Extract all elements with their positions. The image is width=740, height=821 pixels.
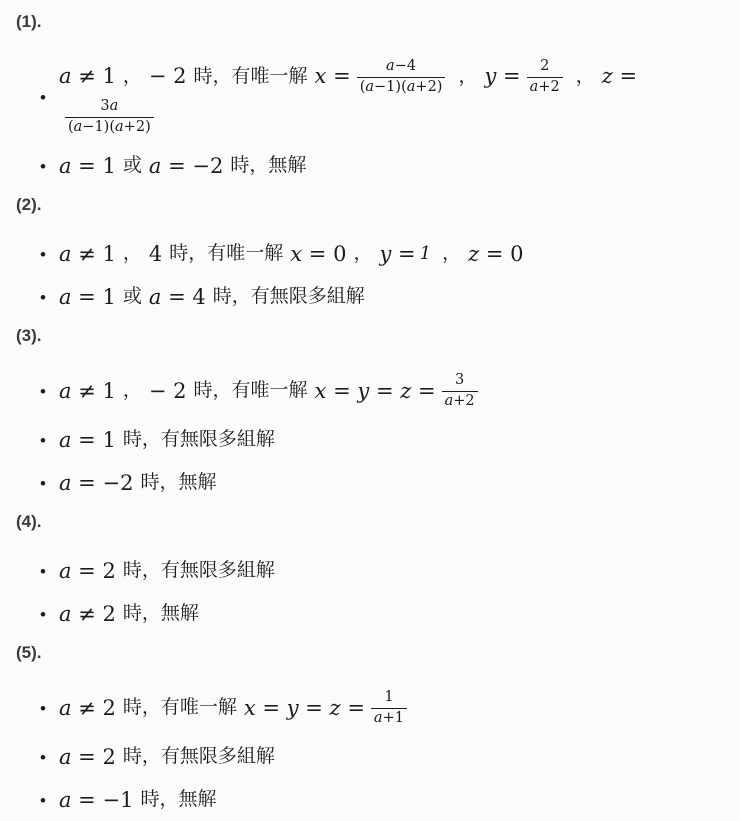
math-text: y = xyxy=(484,64,520,89)
bullet-icon: • xyxy=(40,432,46,449)
fraction-denominator: (a−1)(a+2) xyxy=(357,77,446,98)
math-text: a = −2 xyxy=(149,154,224,179)
fraction-denominator: a+2 xyxy=(527,77,563,98)
line-content: a = 1時，有無限多組解 xyxy=(59,428,282,453)
cjk-text: ， xyxy=(123,379,142,404)
fraction: 3a+2 xyxy=(442,371,478,411)
solution-line: •a = 1時，有無限多組解 xyxy=(40,426,732,454)
bullet-list: •a ≠ 1，− 2時，有唯一解x =a−4(a−1)(a+2)，y =2a+2… xyxy=(16,57,732,180)
math-text: a ≠ 1 xyxy=(59,379,116,404)
bullet-icon: • xyxy=(40,563,46,580)
solution-line: •a = −2時，無解 xyxy=(40,469,732,497)
solution-line: •a ≠ 1，4時，有唯一解x = 0，y =1，z = 0 xyxy=(40,240,732,268)
line-content: a = 1或a = −2時，無解 xyxy=(59,154,313,179)
line-content: a ≠ 2時，有唯一解x = y = z =1a+1 xyxy=(59,688,413,728)
line-content: a = 2時，有無限多組解 xyxy=(59,745,282,770)
math-text: a ≠ 1 xyxy=(59,242,116,267)
math-text: − 2 xyxy=(149,64,187,89)
section-label: (4). xyxy=(16,512,732,532)
bullet-icon: • xyxy=(40,383,46,400)
fraction: 3a(a−1)(a+2) xyxy=(65,97,154,137)
math-text: y = xyxy=(379,242,415,267)
math-text: 4 xyxy=(149,242,162,267)
cjk-text: 或 xyxy=(123,285,142,310)
fraction-numerator: a−4 xyxy=(383,57,419,77)
cjk-text: 或 xyxy=(123,154,142,179)
math-text: x = 0 xyxy=(290,242,346,267)
math-text: a ≠ 2 xyxy=(59,696,116,721)
solution-line: •a ≠ 2時，有唯一解x = y = z =1a+1 xyxy=(40,688,732,728)
section-2: (2).•a ≠ 1，4時，有唯一解x = 0，y =1，z = 0•a = 1… xyxy=(16,195,732,311)
math-text: a = 1 xyxy=(59,154,116,179)
math-text: a = 1 xyxy=(59,285,116,310)
cjk-text: 時，無解 xyxy=(123,602,199,627)
section-5: (5).•a ≠ 2時，有唯一解x = y = z =1a+1•a = 2時，有… xyxy=(16,643,732,814)
cjk-text: 時，有唯一解 xyxy=(123,696,237,721)
math-text: x = xyxy=(315,64,351,89)
line-content: a = −2時，無解 xyxy=(59,471,224,496)
fraction-denominator: a+1 xyxy=(371,708,407,729)
cjk-text: 時，有唯一解 xyxy=(169,242,283,267)
cjk-text: 時，無解 xyxy=(230,154,306,179)
math-text: a ≠ 2 xyxy=(59,602,116,627)
section-label: (2). xyxy=(16,195,732,215)
bullet-icon: • xyxy=(40,158,46,175)
cjk-text: 時，無解 xyxy=(140,471,216,496)
math-text: a = −1 xyxy=(59,788,134,813)
bullet-icon: • xyxy=(40,606,46,623)
math-text: a = −2 xyxy=(59,471,134,496)
cjk-text: ， xyxy=(123,65,142,90)
cjk-text: ， xyxy=(442,242,461,267)
bullet-icon: • xyxy=(40,749,46,766)
bullet-list: •a = 2時，有無限多組解•a ≠ 2時，無解 xyxy=(16,557,732,628)
math-text: − 2 xyxy=(149,379,187,404)
line-content: a = 1或a = 4時，有無限多組解 xyxy=(59,285,372,310)
solution-line: •a = 2時，有無限多組解 xyxy=(40,744,732,772)
section-label: (5). xyxy=(16,643,732,663)
line-content: a ≠ 1，− 2時，有唯一解x =a−4(a−1)(a+2)，y =2a+2，… xyxy=(59,57,732,137)
math-text: z = 0 xyxy=(468,242,523,267)
fraction-denominator: (a−1)(a+2) xyxy=(65,117,154,138)
cjk-text: 時，有無限多組解 xyxy=(123,559,275,584)
fraction-numerator: 3 xyxy=(452,371,467,391)
fraction-numerator: 1 xyxy=(381,688,396,708)
solution-line: •a = 2時，有無限多組解 xyxy=(40,557,732,585)
section-1: (1).•a ≠ 1，− 2時，有唯一解x =a−4(a−1)(a+2)，y =… xyxy=(16,12,732,180)
line-content: a ≠ 1，− 2時，有唯一解x = y = z =3a+2 xyxy=(59,371,484,411)
solution-line: •a ≠ 1，− 2時，有唯一解x = y = z =3a+2 xyxy=(40,371,732,411)
math-text: z = xyxy=(602,64,637,89)
bullet-icon: • xyxy=(40,89,46,106)
section-label: (3). xyxy=(16,326,732,346)
bullet-icon: • xyxy=(40,792,46,809)
bullet-list: •a ≠ 1，4時，有唯一解x = 0，y =1，z = 0•a = 1或a =… xyxy=(16,240,732,311)
line-content: a = 2時，有無限多組解 xyxy=(59,559,282,584)
bullet-icon: • xyxy=(40,289,46,306)
bullet-icon: • xyxy=(40,246,46,263)
section-label: (1). xyxy=(16,12,732,32)
cjk-text: 時，無解 xyxy=(140,788,216,813)
line-content: a ≠ 1，4時，有唯一解x = 0，y =1，z = 0 xyxy=(59,242,524,267)
cjk-text: 時，有無限多組解 xyxy=(213,285,365,310)
cjk-text: ， xyxy=(123,242,142,267)
bullet-list: •a ≠ 1，− 2時，有唯一解x = y = z =3a+2•a = 1時，有… xyxy=(16,371,732,497)
solution-line: •a = 1或a = 4時，有無限多組解 xyxy=(40,283,732,311)
line-content: a = −1時，無解 xyxy=(59,788,224,813)
cjk-text: 時，有唯一解 xyxy=(194,379,308,404)
cjk-text: ， xyxy=(576,65,595,90)
fraction: 2a+2 xyxy=(527,57,563,97)
math-italic-text: 1 xyxy=(416,243,435,265)
cjk-text: 時，有無限多組解 xyxy=(123,428,275,453)
math-text: a ≠ 1 xyxy=(59,64,116,89)
math-text: a = 2 xyxy=(59,745,116,770)
bullet-icon: • xyxy=(40,700,46,717)
cjk-text: 時，有唯一解 xyxy=(194,65,308,90)
bullet-list: •a ≠ 2時，有唯一解x = y = z =1a+1•a = 2時，有無限多組… xyxy=(16,688,732,814)
math-text: x = y = z = xyxy=(315,379,436,404)
fraction-numerator: 3a xyxy=(97,97,121,117)
math-text: x = y = z = xyxy=(244,696,365,721)
math-text: a = 1 xyxy=(59,428,116,453)
math-text: a = 2 xyxy=(59,559,116,584)
bullet-icon: • xyxy=(40,475,46,492)
line-content: a ≠ 2時，無解 xyxy=(59,602,206,627)
solution-line: •a = 1或a = −2時，無解 xyxy=(40,152,732,180)
section-3: (3).•a ≠ 1，− 2時，有唯一解x = y = z =3a+2•a = … xyxy=(16,326,732,497)
fraction: 1a+1 xyxy=(371,688,407,728)
solution-line: •a = −1時，無解 xyxy=(40,787,732,815)
cjk-text: 時，有無限多組解 xyxy=(123,745,275,770)
section-4: (4).•a = 2時，有無限多組解•a ≠ 2時，無解 xyxy=(16,512,732,628)
cjk-text: ， xyxy=(458,65,477,90)
fraction: a−4(a−1)(a+2) xyxy=(357,57,446,97)
cjk-text: ， xyxy=(353,242,372,267)
fraction-numerator: 2 xyxy=(537,57,552,77)
solution-line: •a ≠ 2時，無解 xyxy=(40,600,732,628)
math-text: a = 4 xyxy=(149,285,206,310)
solutions-document: (1).•a ≠ 1，− 2時，有唯一解x =a−4(a−1)(a+2)，y =… xyxy=(16,12,732,815)
solution-line: •a ≠ 1，− 2時，有唯一解x =a−4(a−1)(a+2)，y =2a+2… xyxy=(40,57,732,137)
fraction-denominator: a+2 xyxy=(442,391,478,412)
